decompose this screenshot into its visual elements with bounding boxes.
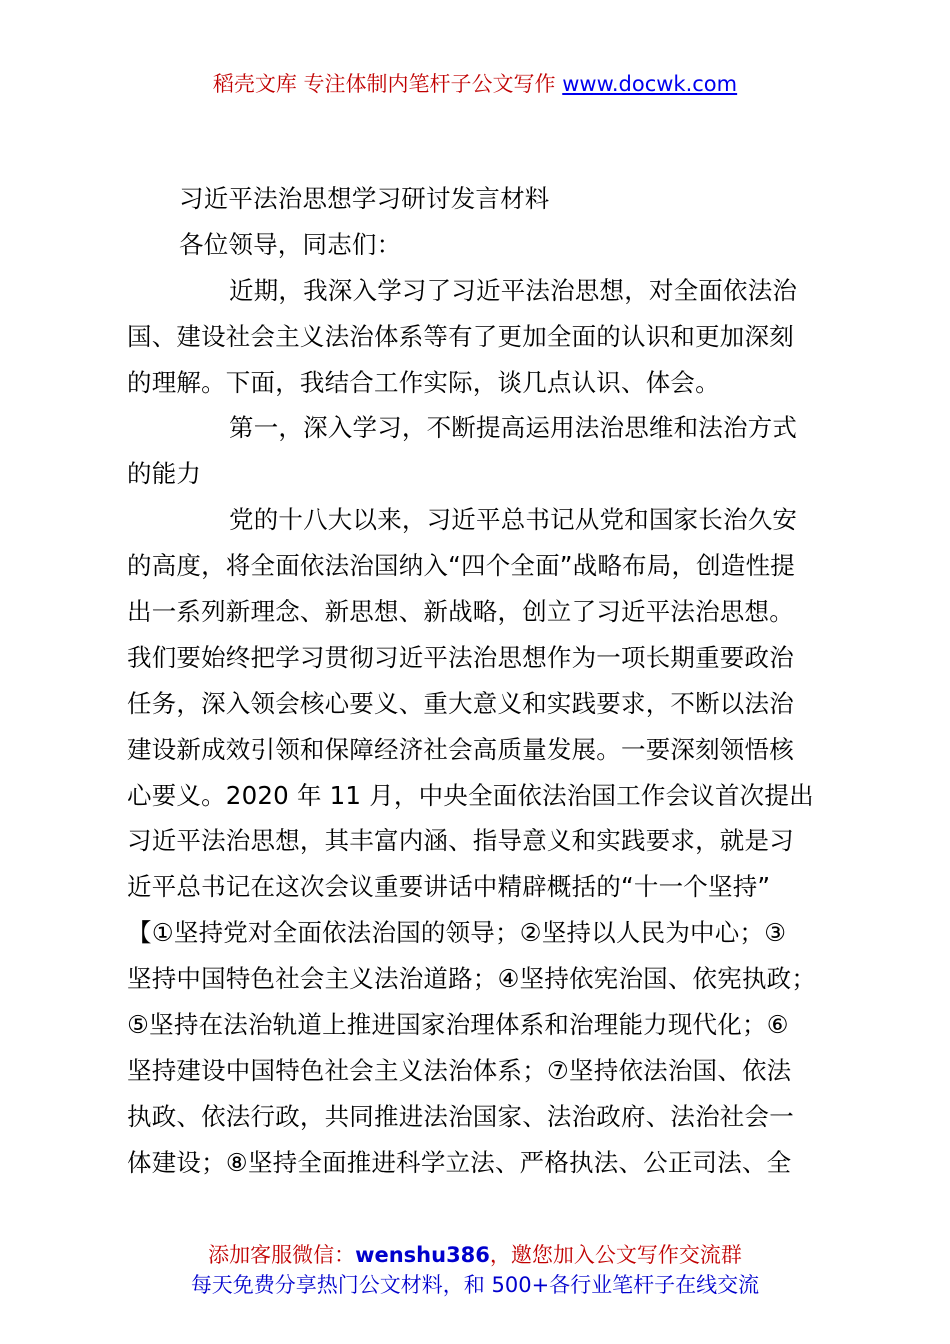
site-brand: 稻壳文库 专注体制内笔杆子公文写作 — [213, 72, 556, 96]
wechat-id: wenshu386 — [355, 1243, 490, 1267]
promo-footer: 添加客服微信：wenshu386，邀您加入公文写作交流群 每天免费分享热门公文材… — [0, 1240, 950, 1300]
paragraph-line: ⑤坚持在法治轨道上推进国家治理体系和治理能力现代化；⑥ — [127, 1002, 827, 1048]
paragraph-line: 【①坚持党对全面依法治国的领导；②坚持以人民为中心；③ — [127, 910, 827, 956]
paragraph-line: 体建设；⑧坚持全面推进科学立法、严格执法、公正司法、全 — [127, 1140, 827, 1186]
paragraph-line: 习近平法治思想，其丰富内涵、指导意义和实践要求，就是习 — [127, 818, 827, 864]
paragraph-line: 坚持中国特色社会主义法治道路；④坚持依宪治国、依宪执政； — [127, 956, 827, 1002]
paragraph-line: 任务，深入领会核心要义、重大意义和实践要求，不断以法治 — [127, 681, 827, 727]
paragraph-line: 国、建设社会主义法治体系等有了更加全面的认识和更加深刻 — [127, 314, 827, 360]
paragraph-line: 的理解。下面，我结合工作实际，谈几点认识、体会。 — [127, 360, 827, 406]
site-header: 稻壳文库 专注体制内笔杆子公文写作 www.docwk.com — [0, 68, 950, 100]
paragraph-line: 出一系列新理念、新思想、新战略，创立了习近平法治思想。 — [127, 589, 827, 635]
promo-line-1: 添加客服微信：wenshu386，邀您加入公文写作交流群 — [0, 1240, 950, 1270]
promo-suffix: ，邀您加入公文写作交流群 — [490, 1243, 742, 1267]
promo-line-2: 每天免费分享热门公文材料，和 500+各行业笔杆子在线交流 — [0, 1270, 950, 1300]
paragraph-line: 近平总书记在这次会议重要讲话中精辟概括的“十一个坚持” — [127, 864, 827, 910]
paragraph-line: 党的十八大以来，习近平总书记从党和国家长治久安 — [127, 497, 827, 543]
paragraph-line: 执政、依法行政，共同推进法治国家、法治政府、法治社会一 — [127, 1094, 827, 1140]
promo-prefix: 添加客服微信： — [208, 1243, 355, 1267]
document-body: 习近平法治思想学习研讨发言材料 各位领导，同志们： 近期，我深入学习了习近平法治… — [127, 176, 827, 1186]
paragraph-line: 建设新成效引领和保障经济社会高质量发展。一要深刻领悟核 — [127, 727, 827, 773]
salutation: 各位领导，同志们： — [127, 222, 827, 268]
section-heading: 的能力 — [127, 451, 827, 497]
paragraph-line: 我们要始终把学习贯彻习近平法治思想作为一项长期重要政治 — [127, 635, 827, 681]
paragraph-line: 坚持建设中国特色社会主义法治体系；⑦坚持依法治国、依法 — [127, 1048, 827, 1094]
paragraph-line: 心要义。2020 年 11 月，中央全面依法治国工作会议首次提出 — [127, 773, 827, 819]
document-title: 习近平法治思想学习研讨发言材料 — [127, 176, 827, 222]
paragraph-line: 的高度，将全面依法治国纳入“四个全面”战略布局，创造性提 — [127, 543, 827, 589]
site-link[interactable]: www.docwk.com — [562, 72, 737, 96]
section-heading: 第一，深入学习，不断提高运用法治思维和法治方式 — [127, 405, 827, 451]
paragraph-line: 近期，我深入学习了习近平法治思想，对全面依法治 — [127, 268, 827, 314]
